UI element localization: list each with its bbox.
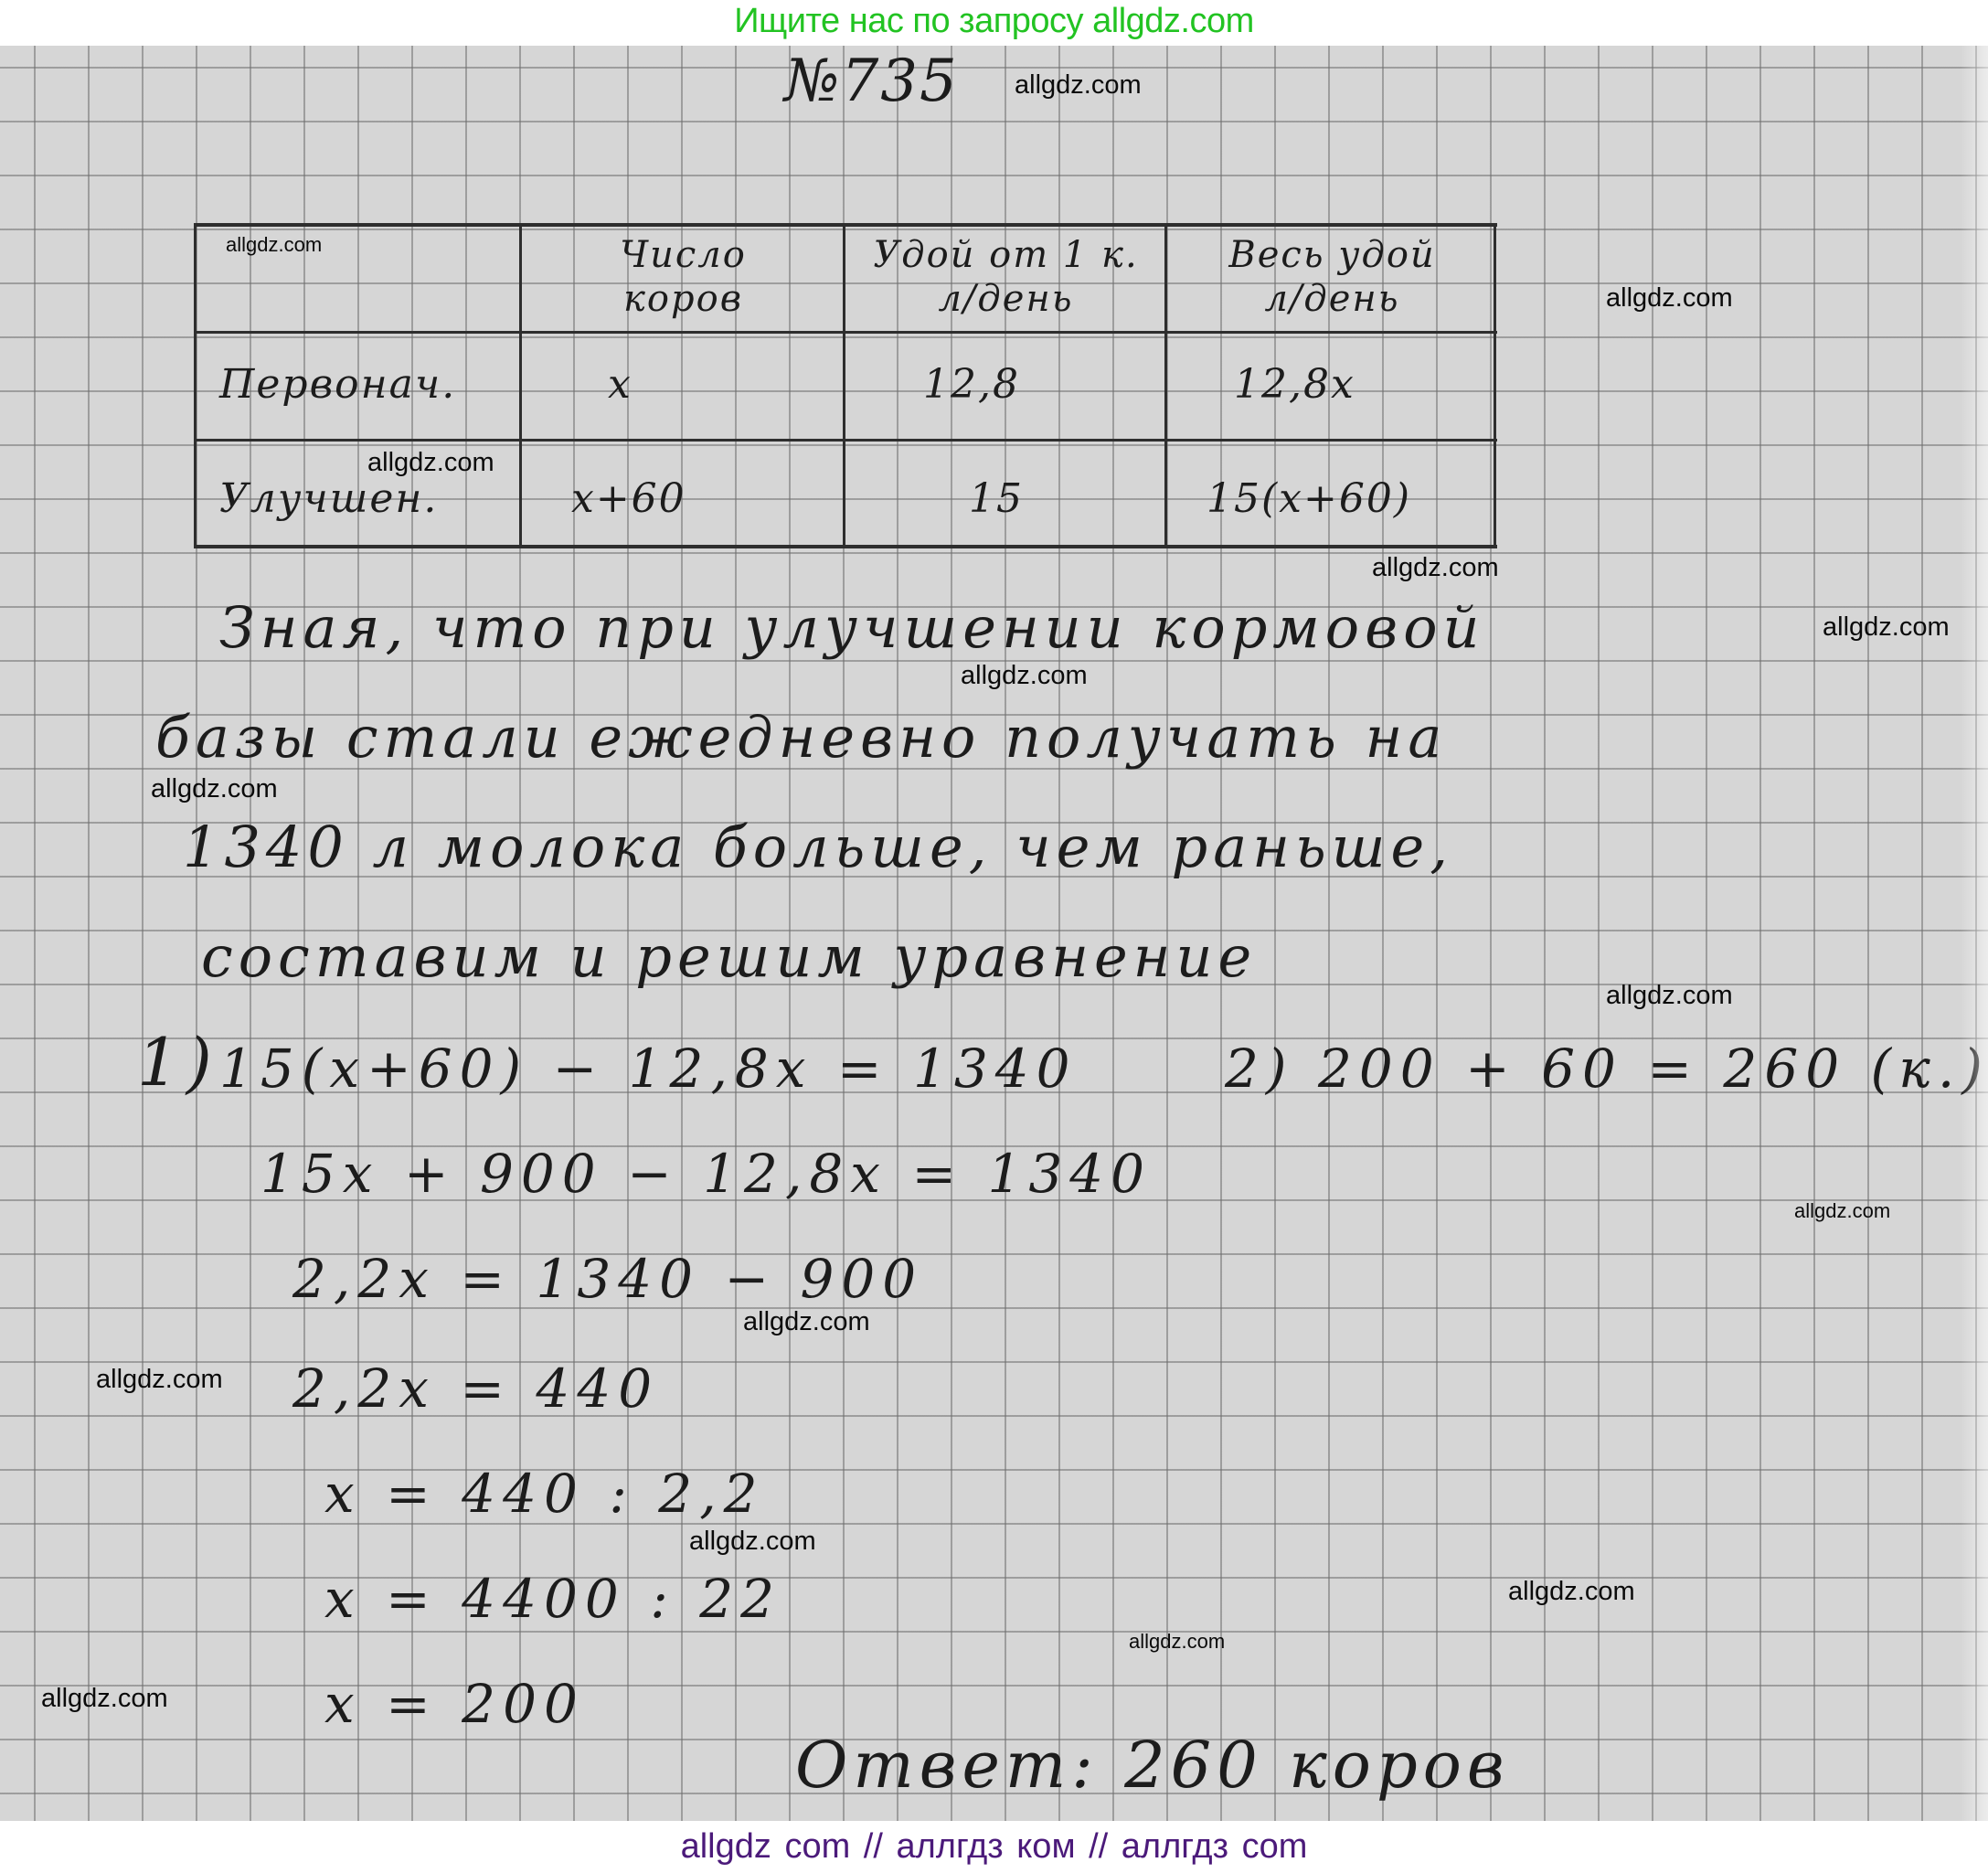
text-line: базы стали ежедневно получать на <box>155 704 1447 771</box>
watermark: allgdz.com <box>961 661 1088 691</box>
watermark: allgdz.com <box>226 233 322 257</box>
watermark: allgdz.com <box>1606 283 1733 314</box>
equation-line: 15(x+60) − 12,8x = 1340 <box>219 1038 1078 1100</box>
table-header-yield-per-cow: Удой от 1 к. л/день <box>848 233 1164 321</box>
watermark: allgdz.com <box>1823 612 1950 643</box>
watermark: allgdz.com <box>1129 1630 1225 1654</box>
watermark: allgdz.com <box>41 1684 168 1714</box>
equation-line: x = 200 <box>324 1673 585 1735</box>
watermark: allgdz.com <box>1606 981 1733 1011</box>
table-border-bottom <box>194 545 1497 548</box>
equation-line: x = 4400 : 22 <box>324 1568 781 1630</box>
table-border-left <box>194 223 197 548</box>
answer-line: Ответ: 260 коров <box>795 1728 1510 1803</box>
header-line: Число <box>526 233 841 277</box>
table-col-divider-2 <box>843 223 845 548</box>
header-line: Удой от 1 к. <box>848 233 1164 277</box>
text-line: составим и решим уравнение <box>201 923 1257 990</box>
step-2-equation: 2) 200 + 60 = 260 (к.) <box>1225 1038 1988 1100</box>
equation-line: 2,2x = 440 <box>292 1357 659 1420</box>
problem-number: №735 <box>784 48 959 115</box>
watermark: allgdz.com <box>1372 553 1499 583</box>
watermark: allgdz.com <box>151 774 278 804</box>
table-col-divider-3 <box>1164 223 1167 548</box>
table-cell-cows: x <box>608 361 633 408</box>
header-line: л/день <box>848 277 1164 321</box>
watermark: allgdz.com <box>367 448 494 478</box>
watermark: allgdz.com <box>1794 1199 1890 1223</box>
text-line: 1340 л молока больше, чем раньше, <box>183 814 1453 880</box>
top-promo-banner: Ищите нас по запросу allgdz.com <box>0 0 1988 46</box>
header-line: Весь удой <box>1170 233 1494 277</box>
table-row-divider-2 <box>194 439 1497 442</box>
table-border-top <box>194 223 1497 227</box>
equation-line: x = 440 : 2,2 <box>324 1463 765 1525</box>
table-cell-yield: 15 <box>969 475 1024 522</box>
table-cell-total: 12,8x <box>1234 361 1355 408</box>
table-row-divider-1 <box>194 331 1497 334</box>
table-row-label: Первонач. <box>219 361 456 408</box>
notebook-page: №735 Число коров Удой от 1 к. л/день Вес… <box>0 46 1988 1821</box>
equation-line: 15x + 900 − 12,8x = 1340 <box>260 1143 1152 1205</box>
watermark: allgdz.com <box>1508 1577 1635 1607</box>
table-cell-yield: 12,8 <box>923 361 1020 408</box>
text-line: Зная, что при улучшении кормовой <box>219 594 1484 661</box>
header-line: коров <box>526 277 841 321</box>
table-cell-total: 15(x+60) <box>1207 475 1411 522</box>
table-row-label: Улучшен. <box>219 475 438 522</box>
watermark: allgdz.com <box>689 1527 816 1557</box>
step-1-label: 1) <box>137 1024 219 1101</box>
header-line: л/день <box>1170 277 1494 321</box>
bottom-promo-banner: allgdz com // аллгдз ком // аллгдз com <box>0 1821 1988 1873</box>
table-cell-cows: x+60 <box>571 475 686 522</box>
table-header-total-yield: Весь удой л/день <box>1170 233 1494 321</box>
table-col-divider-1 <box>519 223 522 548</box>
watermark: allgdz.com <box>1015 70 1142 101</box>
watermark: allgdz.com <box>743 1307 870 1337</box>
watermark: allgdz.com <box>96 1365 223 1395</box>
table-header-cows: Число коров <box>526 233 841 321</box>
equation-line: 2,2x = 1340 − 900 <box>292 1248 923 1310</box>
